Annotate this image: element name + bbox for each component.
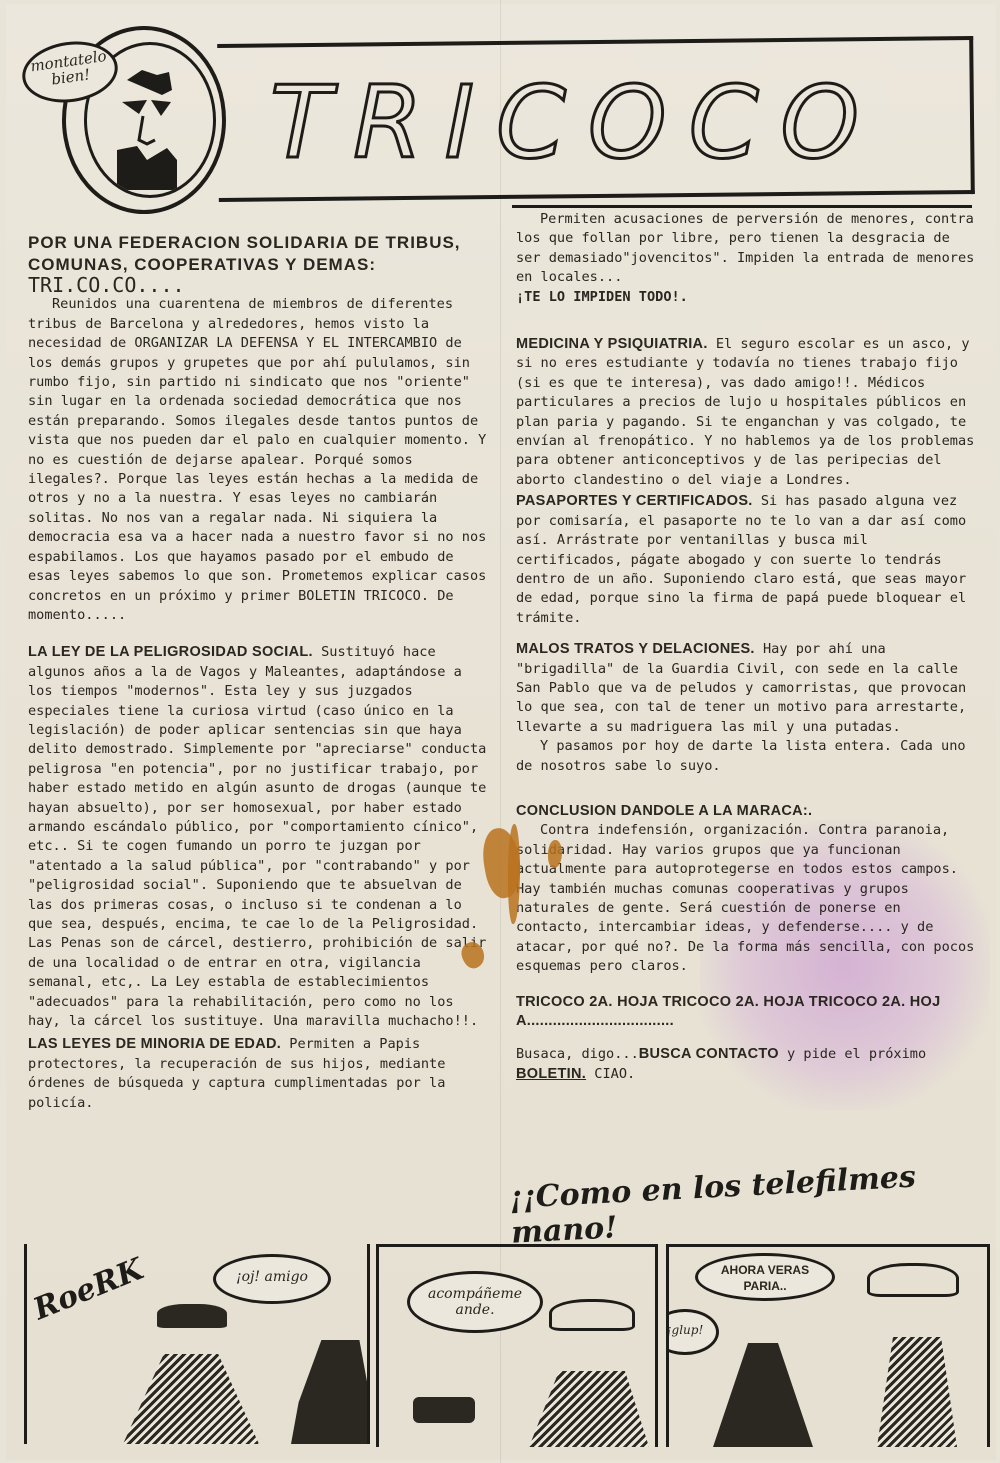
signoff-text: y pide el próximo [779,1046,926,1062]
victim-figure [713,1343,813,1447]
tricoco-subheading: TRI.CO.CO.... [28,276,490,295]
section-minoria: LAS LEYES DE MINORIA DE EDAD. Permiten a… [28,1035,490,1113]
signoff: Busaca, digo...BUSCA CONTACTO y pide el … [516,1045,976,1084]
speech-bubble: AHORA VERAS PARIA.. [695,1253,835,1301]
left-column: POR UNA FEDERACION SOLIDARIA DE TRIBUS, … [28,232,490,1113]
right-column: Permiten acusaciones de perversión de me… [516,210,976,1084]
comic-panel-2: acompáñeme ande. [376,1244,658,1447]
section-body: El seguro escolar es un asco, y si no er… [516,336,974,488]
trenchcoat-figure [529,1371,649,1447]
hat-icon [157,1304,227,1328]
ciao-label: CIAO. [586,1066,635,1082]
artist-signature: RoeRK [29,1252,149,1328]
section-malos-tratos: MALOS TRATOS Y DELACIONES. Hay por ahí u… [516,640,976,737]
busca-contacto: BUSCA CONTACTO [639,1046,779,1062]
page-title: TRICOCO [270,68,881,178]
speech-bubble: ¡oj! amigo [213,1254,331,1304]
section-title: PASAPORTES Y CERTIFICADOS. [516,493,753,509]
intro-paragraph: Reunidos una cuarentena de miembros de d… [28,295,490,625]
manifesto-heading: POR UNA FEDERACION SOLIDARIA DE TRIBUS, … [28,232,490,276]
continuation-paragraph: Permiten acusaciones de perversión de me… [516,210,976,288]
hat-icon [867,1263,959,1297]
comic-panel-3: AHORA VERAS PARIA.. ¡glup! [666,1244,990,1447]
signoff-text: Busaca, digo... [516,1046,639,1062]
speech-bubble: acompáñeme ande. [407,1271,543,1333]
conclusion-title: CONCLUSION DANDOLE A LA MARACA:. [516,802,976,821]
closing-paragraph: Y pasamos por hoy de darte la lista ente… [516,737,976,776]
trenchcoat-figure [123,1354,259,1444]
column-rule [512,205,972,208]
section-peligrosidad: LA LEY DE LA PELIGROSIDAD SOCIAL. Sustit… [28,643,490,1031]
trenchcoat-figure [877,1337,957,1447]
secondary-speech-bubble: ¡glup! [666,1309,719,1355]
hoja-banner: TRICOCO 2A. HOJA TRICOCO 2A. HOJA TRICOC… [516,993,976,1032]
continuation-end: ¡TE LO IMPIDEN TODO!. [516,288,976,307]
section-title: MEDICINA Y PSIQUIATRIA. [516,336,708,352]
section-body: Sustituyó hace algunos años a la de Vago… [28,644,486,1029]
section-title: LA LEY DE LA PELIGROSIDAD SOCIAL. [28,644,313,660]
section-pasaportes: PASAPORTES Y CERTIFICADOS. Si has pasado… [516,492,976,628]
police-badge-icon [413,1397,475,1423]
sunglasses-man-icon [117,70,177,190]
boletin-label: BOLETIN. [516,1066,586,1082]
sunglasses-figure [291,1340,367,1444]
section-medicina: MEDICINA Y PSIQUIATRIA. El seguro escola… [516,335,976,490]
comic-strip: RoeRK ¡oj! amigo acompáñeme ande. AHORA … [16,1244,996,1449]
section-title: LAS LEYES DE MINORIA DE EDAD. [28,1036,281,1052]
comic-panel-1: RoeRK ¡oj! amigo [24,1244,370,1444]
section-body: Si has pasado alguna vez por comisaría, … [516,493,966,625]
conclusion-body: Contra indefensión, organización. Contra… [516,821,976,976]
hat-icon [549,1299,635,1331]
section-title: MALOS TRATOS Y DELACIONES. [516,641,755,657]
